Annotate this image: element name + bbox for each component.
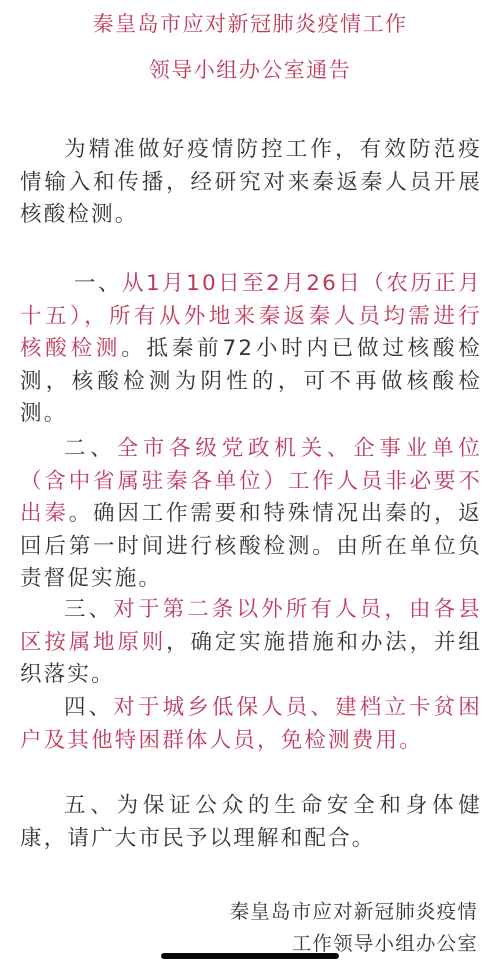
item-1-prefix: 一、 — [74, 271, 122, 296]
item-4-paragraph: 四、对于城乡低保人员、建档立卡贫困户及其他特困群体人员，免检测费用。 — [20, 692, 482, 757]
item-5-paragraph: 五、为保证公众的生命安全和身体健康，请广大市民予以理解和配合。 — [20, 790, 482, 855]
notice-title-line-2: 领导小组办公室通告 — [0, 55, 500, 85]
item-5-prefix: 五、 — [64, 793, 117, 818]
item-3-prefix: 三、 — [64, 597, 113, 622]
item-3-paragraph: 三、对于第二条以外所有人员，由各县区按属地原则，确定实施措施和办法，并组织落实。 — [20, 594, 482, 692]
item-2-paragraph: 二、全市各级党政机关、企事业单位（含中省属驻秦各单位）工作人员非必要不出秦。确因… — [20, 433, 482, 596]
home-indicator-bar[interactable] — [161, 953, 339, 959]
item-2-prefix: 二、 — [64, 436, 117, 461]
item-4-prefix: 四、 — [64, 695, 113, 720]
item-1-paragraph: 一、从1月10日至2月26日（农历正月十五），所有从外地来秦返秦人员均需进行核酸… — [20, 268, 482, 431]
item-2-text: 。确因工作需要和特殊情况出秦的，返回后第一时间进行核酸检测。由所在单位负责督促实… — [20, 501, 482, 591]
signature-line-1: 秦皇岛市应对新冠肺炎疫情 — [230, 897, 478, 927]
notice-title-line-1: 秦皇岛市应对新冠肺炎疫情工作 — [0, 9, 500, 39]
intro-paragraph: 为精准做好疫情防控工作，有效防范疫情输入和传播，经研究对来秦返秦人员开展核酸检测… — [20, 134, 482, 232]
